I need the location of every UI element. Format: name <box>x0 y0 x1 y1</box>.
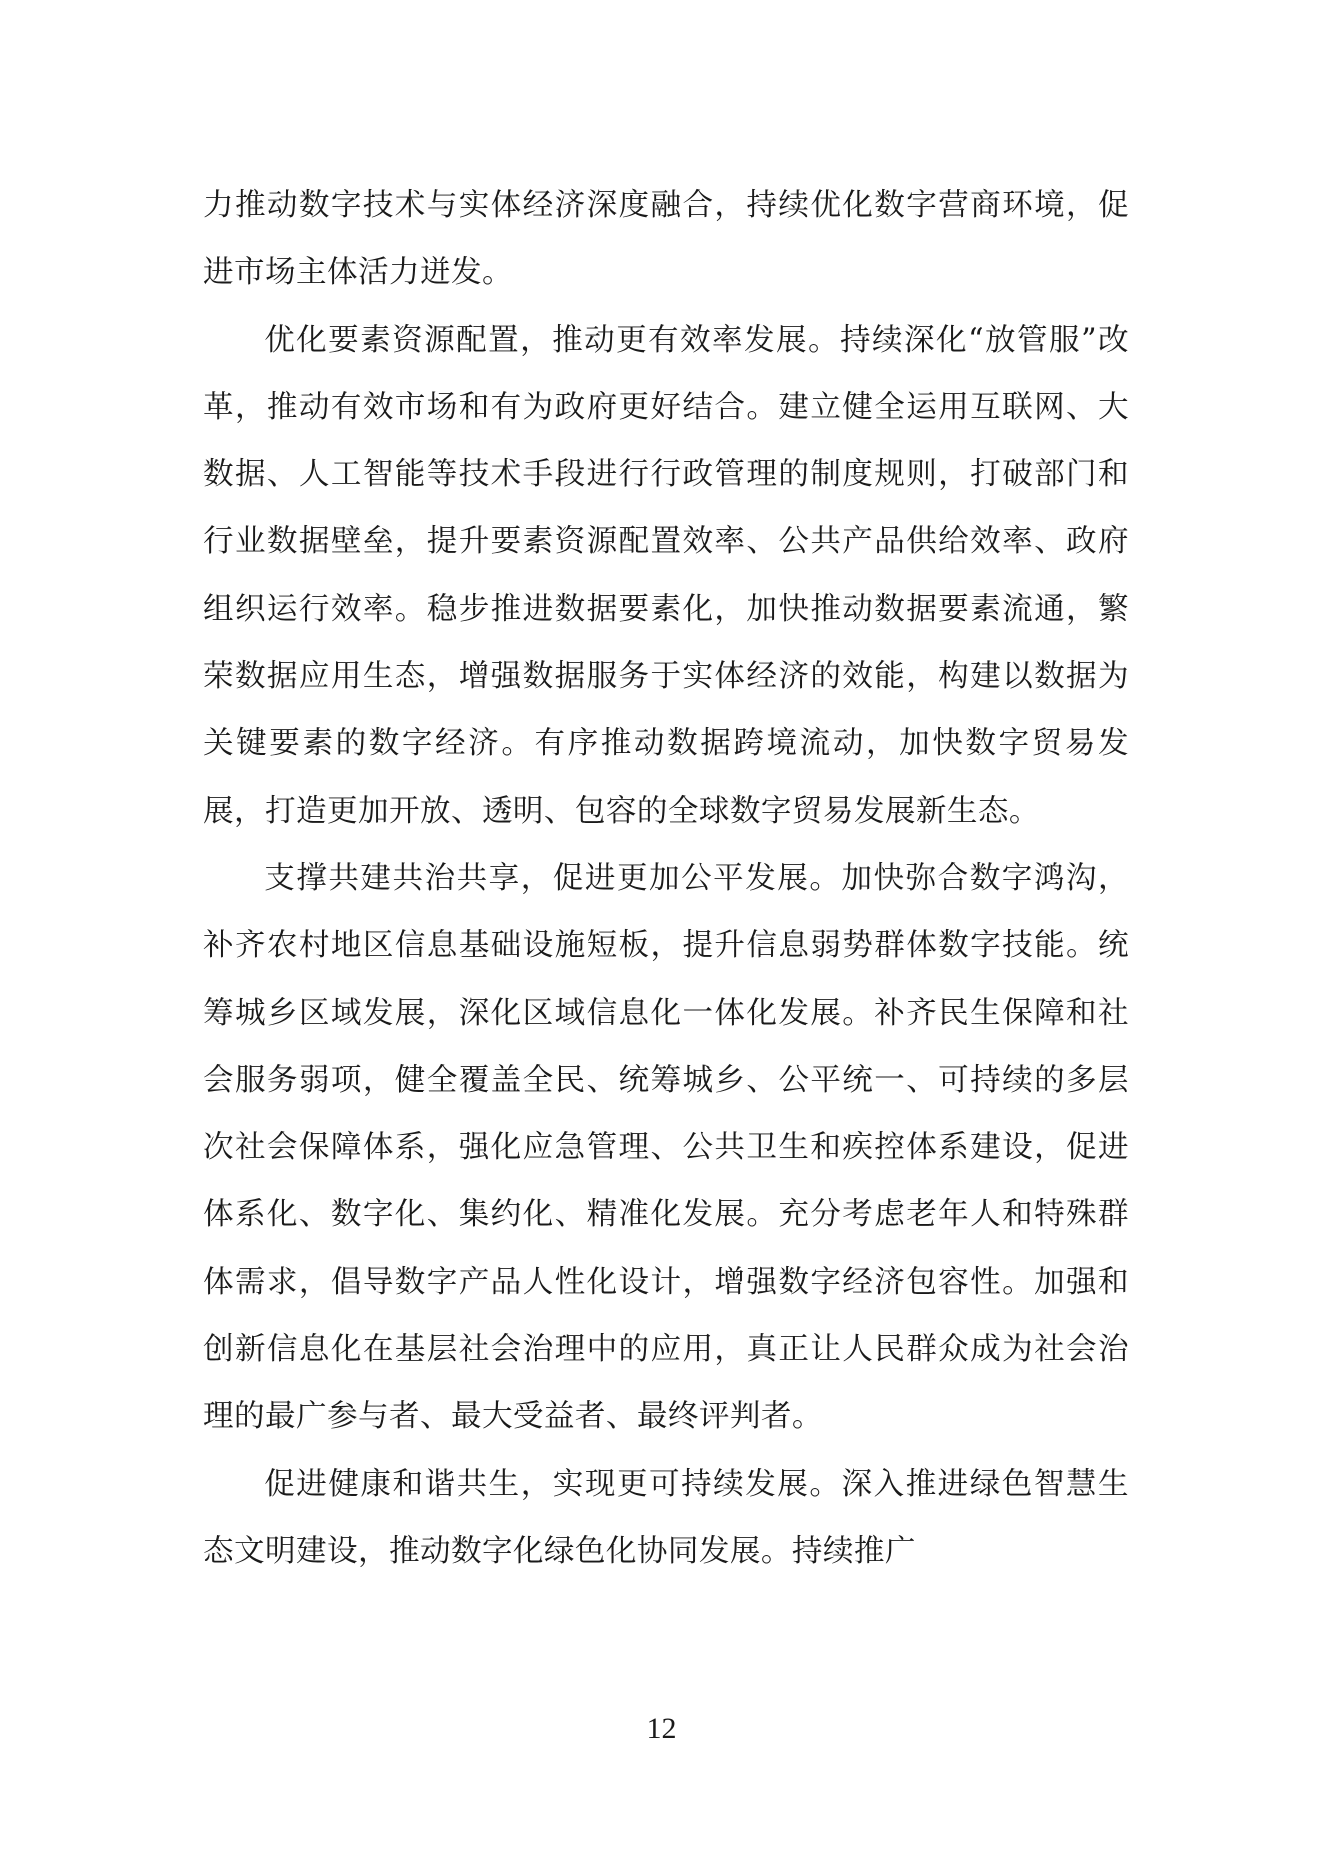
paragraph-lead: 支撑共建共治共享，促进更加公平发展。 <box>264 861 841 896</box>
page-number: 12 <box>0 1712 1323 1746</box>
paragraph-lead: 优化要素资源配置，推动更有效率发展。 <box>264 323 840 358</box>
paragraph-text: 加快弥合数字鸿沟，补齐农村地区信息基础设施短板，提升信息弱势群体数字技能。统筹城… <box>203 861 1129 1434</box>
paragraph-text: 持续深化“放管服”改革，推动有效市场和有为政府更好结合。建立健全运用互联网、大数… <box>203 323 1129 829</box>
paragraph-fair-development: 支撑共建共治共享，促进更加公平发展。加快弥合数字鸿沟，补齐农村地区信息基础设施短… <box>203 845 1129 1451</box>
paragraph-continuation: 力推动数字技术与实体经济深度融合，持续优化数字营商环境，促进市场主体活力迸发。 <box>203 172 1129 307</box>
paragraph-text: 力推动数字技术与实体经济深度融合，持续优化数字营商环境，促进市场主体活力迸发。 <box>203 188 1129 290</box>
paragraph-lead: 促进健康和谐共生，实现更可持续发展。 <box>264 1467 841 1502</box>
document-body: 力推动数字技术与实体经济深度融合，持续优化数字营商环境，促进市场主体活力迸发。 … <box>203 172 1129 1585</box>
document-page: 力推动数字技术与实体经济深度融合，持续优化数字营商环境，促进市场主体活力迸发。 … <box>0 0 1323 1871</box>
paragraph-resource-allocation: 优化要素资源配置，推动更有效率发展。持续深化“放管服”改革，推动有效市场和有为政… <box>203 307 1129 845</box>
paragraph-sustainable-development: 促进健康和谐共生，实现更可持续发展。深入推进绿色智慧生态文明建设，推动数字化绿色… <box>203 1451 1129 1586</box>
